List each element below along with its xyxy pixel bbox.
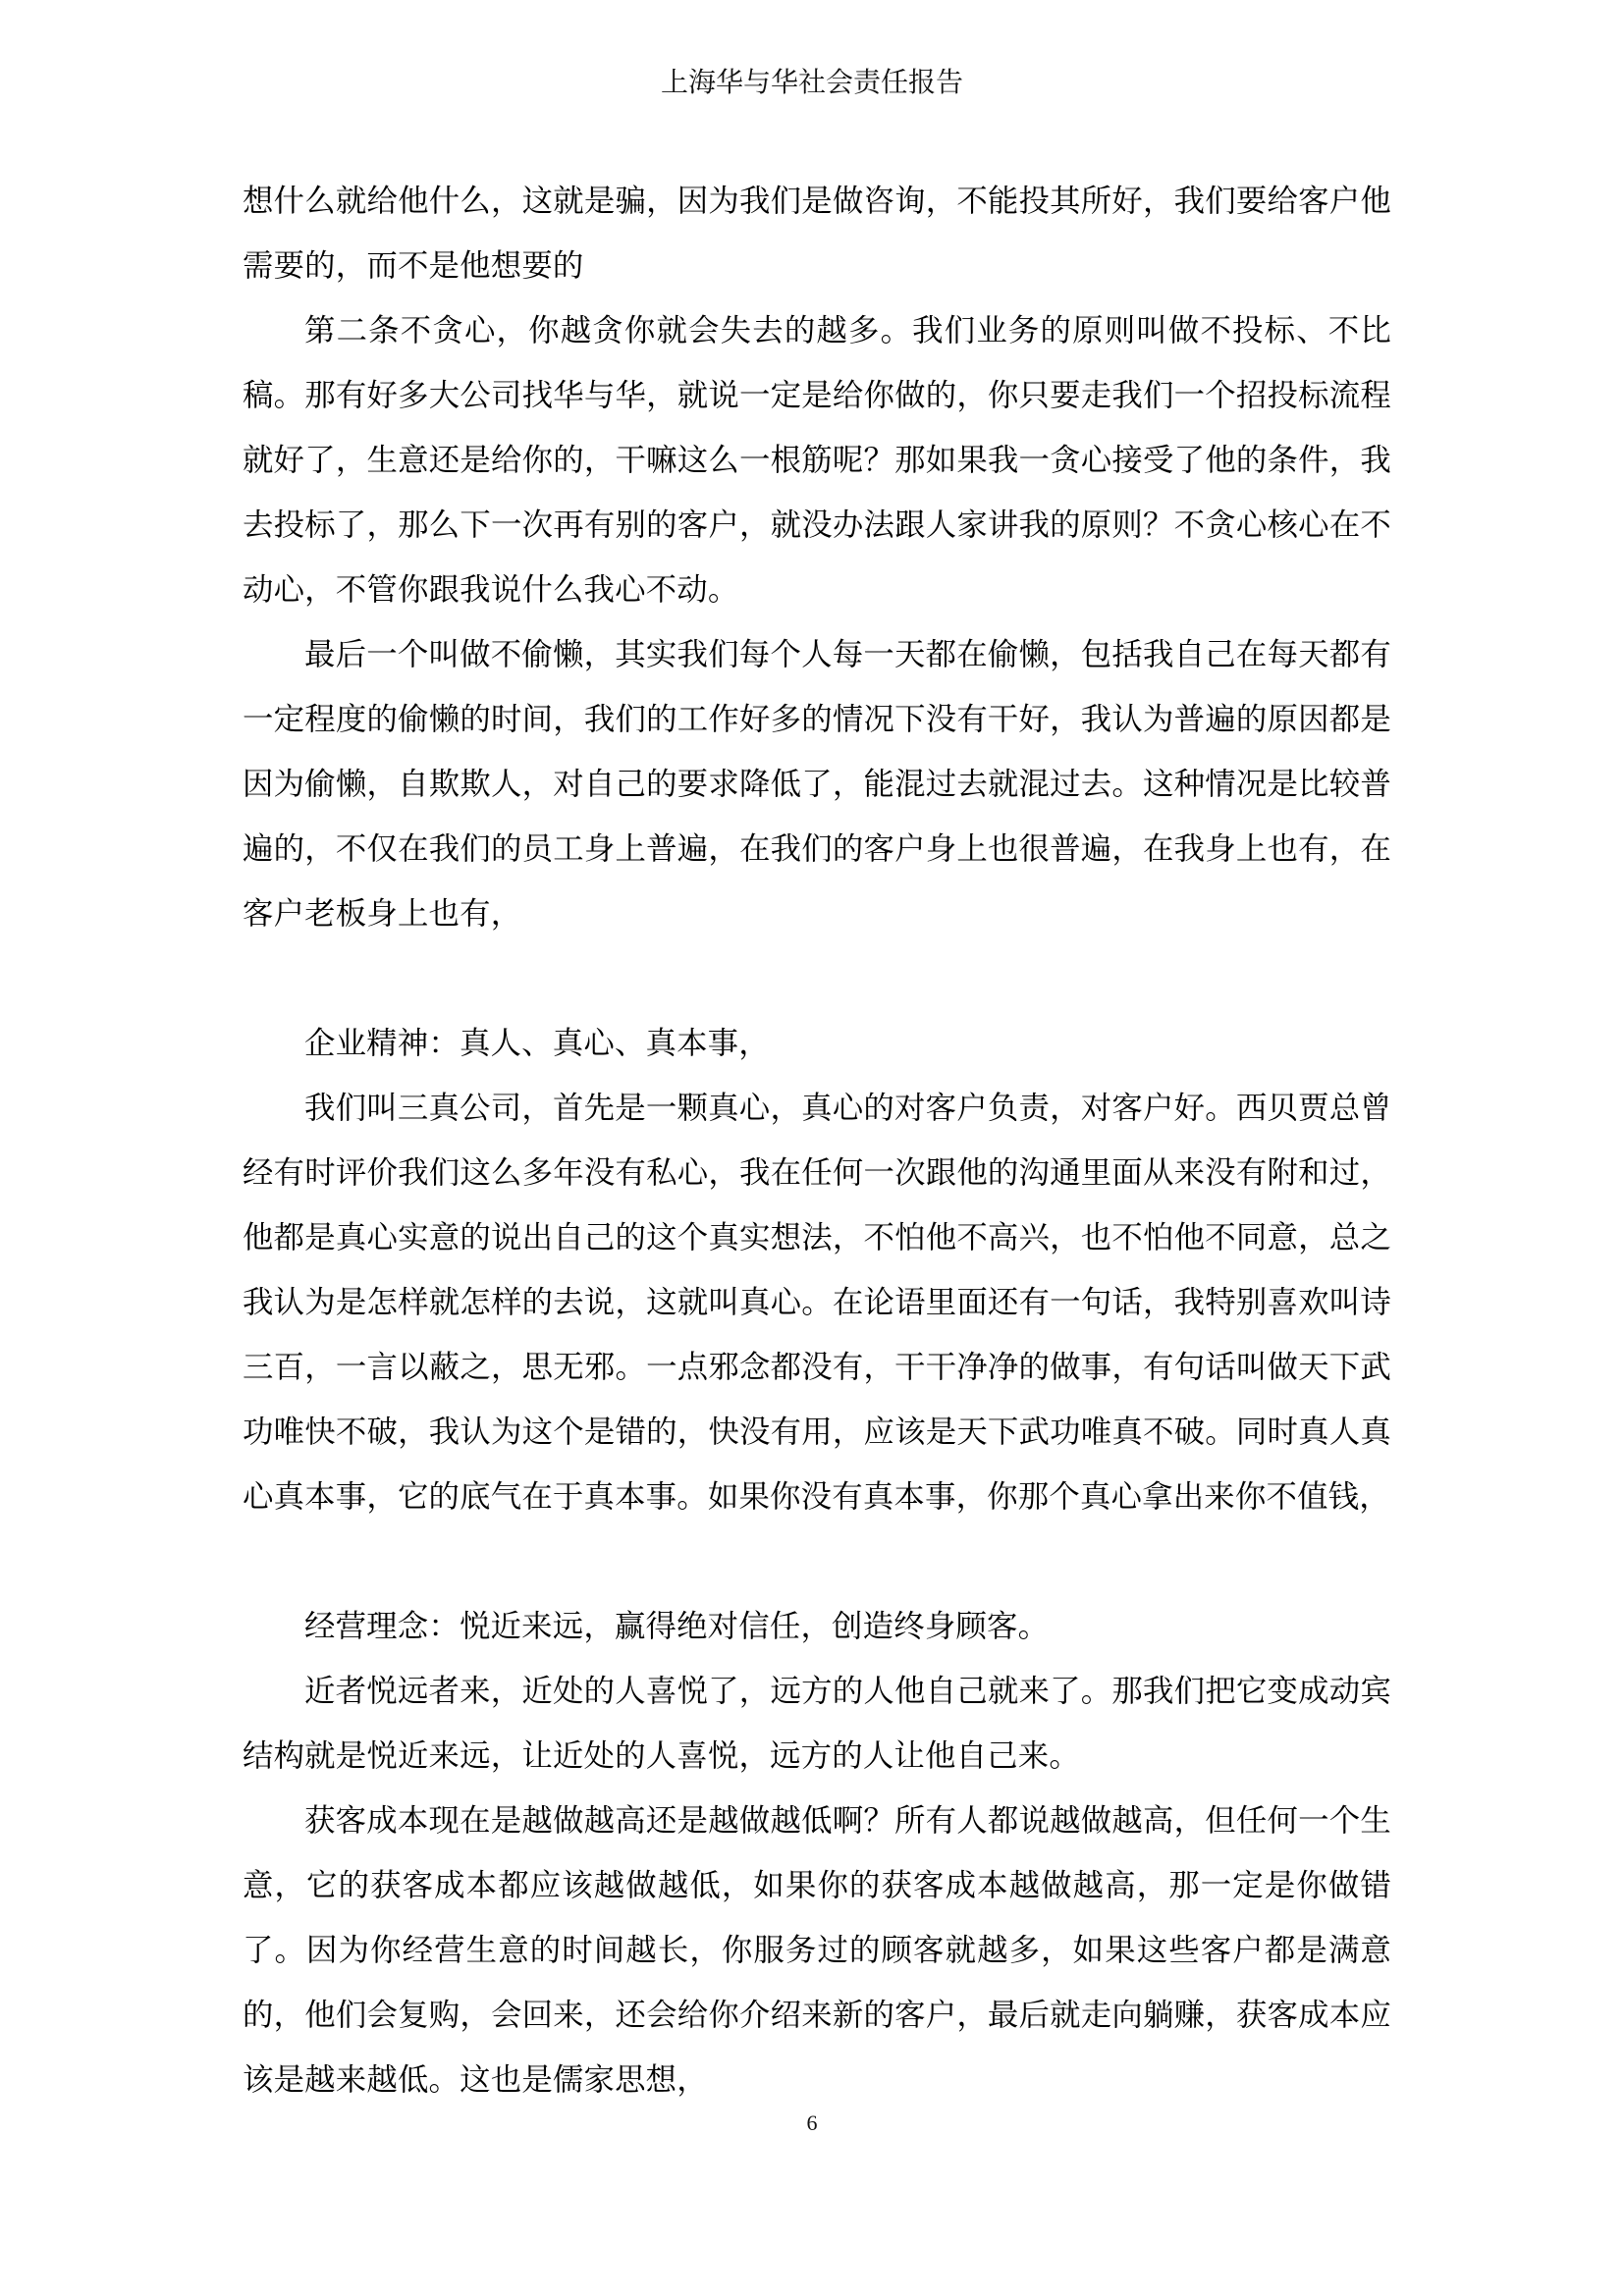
paragraph-consulting-principle: 想什么就给他什么，这就是骗，因为我们是做咨询，不能投其所好，我们要给客户他需要的… [243,169,1391,298]
paragraph-spacer [243,946,1391,1011]
page-number: 6 [0,2110,1624,2136]
paragraph-no-laziness: 最后一个叫做不偷懒，其实我们每个人每一天都在偷懒，包括我自己在每天都有一定程度的… [243,622,1391,946]
paragraph-three-truths: 我们叫三真公司，首先是一颗真心，真心的对客户负责，对客户好。西贝贾总曾经有时评价… [243,1076,1391,1529]
heading-business-philosophy: 经营理念：悦近来远，赢得绝对信任，创造终身顾客。 [243,1594,1391,1659]
paragraph-near-and-far: 近者悦远者来，近处的人喜悦了，远方的人他自己就来了。那我们把它变成动宾结构就是悦… [243,1659,1391,1789]
heading-enterprise-spirit: 企业精神：真人、真心、真本事， [243,1011,1391,1076]
document-body: 想什么就给他什么，这就是骗，因为我们是做咨询，不能投其所好，我们要给客户他需要的… [243,169,1391,2112]
paragraph-acquisition-cost: 获客成本现在是越做越高还是越做越低啊？所有人都说越做越高，但任何一个生意，它的获… [243,1789,1391,2112]
paragraph-no-greed: 第二条不贪心，你越贪你就会失去的越多。我们业务的原则叫做不投标、不比稿。那有好多… [243,298,1391,622]
paragraph-spacer [243,1529,1391,1594]
page-header-title: 上海华与华社会责任报告 [0,65,1624,100]
